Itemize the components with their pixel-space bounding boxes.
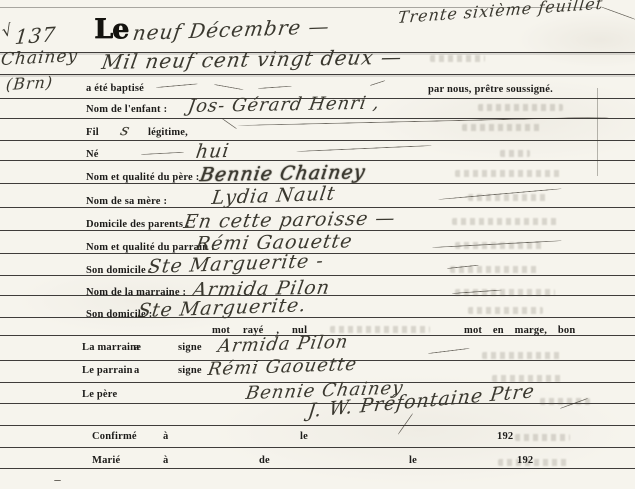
label-child-name: Nom de l'enfant : (86, 104, 167, 115)
label-at-2: à (163, 455, 168, 466)
margin-act-number: 137 (14, 22, 58, 49)
label-legitime: légitime, (148, 127, 188, 138)
pen-stroke (141, 152, 184, 155)
label-godfather-domicile: Son domicile : (86, 265, 152, 276)
bleed-vertical-line (597, 88, 598, 176)
bleed-through-mark (468, 307, 543, 314)
pen-stroke (214, 84, 244, 90)
label-ne: Né (86, 149, 99, 160)
margin-note: (Brn) (5, 72, 54, 94)
label-mother: Nom de sa mère : (86, 196, 167, 207)
label-signe-2: signe (178, 365, 202, 376)
ruled-line (0, 74, 635, 75)
entry-baptism-date: neuf Décembre — (131, 14, 331, 45)
bleed-through-mark (452, 218, 557, 225)
label-confirmed: Confirmé (92, 431, 137, 442)
pen-stroke (156, 83, 198, 88)
entry-baptism-year: Mil neuf cent vingt deux — (100, 45, 404, 74)
entry-child-name: Jos- Gérard Henri , (186, 93, 381, 117)
bleed-through-mark (430, 55, 485, 62)
label-married: Marié (92, 455, 120, 466)
label-on-2: le (409, 455, 417, 466)
signature-godmother: Armida Pilon (216, 331, 350, 357)
label-of: de (259, 455, 270, 466)
label-a-2: a (134, 365, 139, 376)
label-baptise: a été baptisé (86, 83, 144, 94)
label-father-signed: Le père (82, 389, 117, 400)
bleed-through-mark (515, 434, 570, 441)
pen-stroke (398, 413, 414, 435)
label-year-1: 192 (497, 431, 513, 442)
printed-le: Le (94, 14, 128, 45)
pen-stroke (54, 480, 61, 481)
entry-father: Bennie Chainey (198, 161, 367, 186)
label-a-1: a (134, 342, 139, 353)
label-word-margin: mot en marge, bon (464, 325, 575, 336)
entry-sex-letter: s (118, 120, 133, 139)
pen-stroke (370, 80, 386, 86)
label-godfather-signed: Le parrain (82, 365, 133, 376)
entry-born: hui (194, 140, 231, 163)
entry-godfather-domicile: Ste Marguerite - (146, 250, 325, 278)
label-godmother-signed: La marraine (82, 342, 141, 353)
label-godmother: Nom de la marraine : (86, 287, 186, 298)
bleed-through-mark (462, 124, 542, 131)
pen-stroke (258, 86, 292, 89)
bleed-through-mark (482, 352, 560, 359)
label-par-nous: par nous, prêtre soussigné. (428, 84, 553, 95)
bleed-through-mark (455, 170, 560, 177)
entry-parents-domicile: En cette paroisse — (182, 207, 397, 233)
label-fil: Fil (86, 127, 99, 138)
label-at-1: à (163, 431, 168, 442)
label-signe-1: signe (178, 342, 202, 353)
pen-stroke (296, 145, 432, 152)
margin-check-mark: √ (0, 20, 15, 41)
signature-godfather: Rémi Gaouette (206, 354, 358, 380)
ruled-line (0, 447, 635, 448)
baptism-register-scan: √ 137 Chainey (Brn) Trente sixième feuil… (0, 0, 635, 489)
margin-surname: Chainey (0, 46, 79, 70)
label-on-1: le (300, 431, 308, 442)
ruled-line (0, 425, 635, 426)
pen-stroke (600, 6, 635, 20)
label-father: Nom et qualité du père : (86, 172, 199, 183)
ruled-line (0, 468, 635, 469)
folio-note: Trente sixième feuillet (397, 0, 604, 27)
label-parents-domicile: Domicile des parents : (86, 219, 190, 230)
pen-stroke (222, 118, 237, 129)
bleed-through-mark (478, 104, 563, 111)
ruled-line (0, 160, 635, 161)
entry-mother: Lydia Nault (210, 183, 337, 209)
pen-stroke (428, 348, 470, 354)
label-year-2: 192 (517, 455, 533, 466)
ruled-line (0, 140, 635, 141)
bleed-through-mark (500, 150, 530, 157)
